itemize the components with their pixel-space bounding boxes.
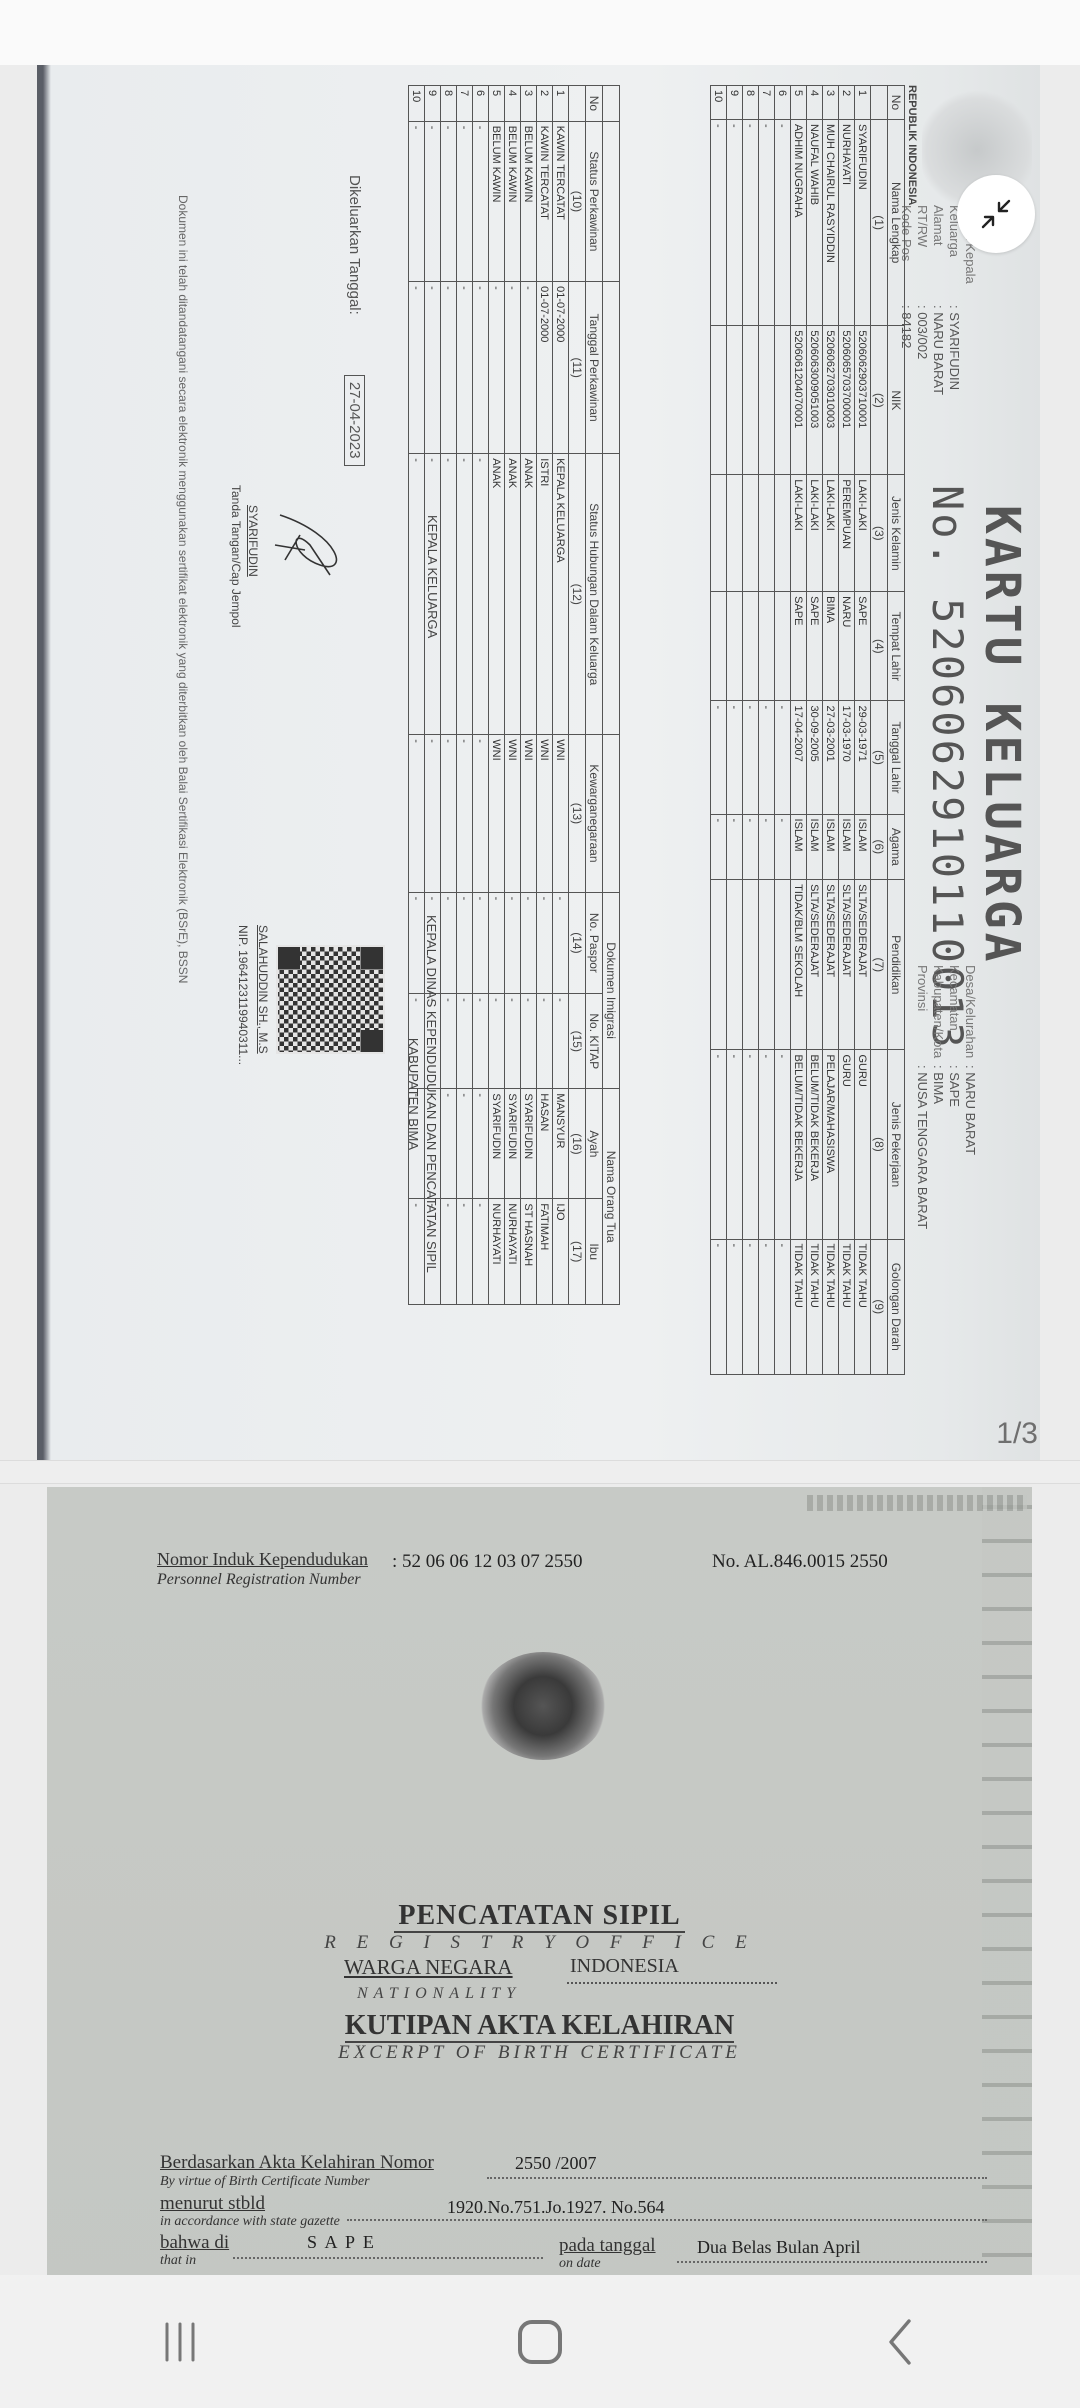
table-cell: GURU	[839, 1050, 855, 1239]
column-number	[569, 86, 586, 122]
column-number: (10)	[569, 121, 586, 281]
dotted-line	[487, 2177, 987, 2179]
column-header: No. Paspor	[586, 892, 603, 993]
table-cell: 4	[505, 86, 521, 122]
table-cell: -	[521, 892, 537, 993]
date-sublabel: on date	[559, 2256, 601, 2272]
table-cell: -	[457, 892, 473, 993]
column-number: (13)	[569, 735, 586, 892]
table-cell: TIDAK TAHU	[855, 1239, 871, 1375]
table-cell: SAPE	[791, 592, 807, 701]
table-cell: IJO	[553, 1199, 569, 1305]
navigation-bar	[0, 2275, 1080, 2408]
collapse-fullscreen-button[interactable]	[957, 175, 1035, 253]
cert-number-sublabel: By virtue of Birth Certificate Number	[160, 2174, 370, 2190]
column-header: No. KITAP	[586, 994, 603, 1089]
table-row: 8-----	[743, 86, 759, 1375]
table-cell: 27-03-2001	[823, 701, 839, 814]
table-cell: 17-03-1970	[839, 701, 855, 814]
table-cell: -	[743, 1239, 759, 1375]
table-cell: 8	[441, 86, 457, 122]
table-cell: ANAK	[505, 454, 521, 735]
column-header: Pendidikan	[888, 880, 905, 1050]
table-cell: 9	[727, 86, 743, 120]
table-row: 9-----	[727, 86, 743, 1375]
kk-head-name: SYARIFUDIN	[246, 505, 260, 577]
table-cell: LAKI-LAKI	[823, 475, 839, 592]
table-cell: NURHAYATI	[489, 1199, 505, 1305]
column-header: Golongan Darah	[888, 1239, 905, 1375]
table-cell: KAWIN TERCATAT	[537, 121, 553, 281]
table-cell: 2	[839, 86, 855, 120]
table-cell	[743, 592, 759, 701]
column-header: Jenis Kelamin	[888, 475, 905, 592]
table-row: 8--------	[441, 86, 457, 1305]
table-cell: -	[441, 735, 457, 892]
table-cell: LAKI-LAKI	[855, 475, 871, 592]
recents-button[interactable]	[120, 2302, 240, 2382]
table-cell: NURHAYATI	[839, 119, 855, 325]
recents-icon	[158, 2320, 202, 2364]
table-cell: -	[553, 892, 569, 993]
table-cell: ADHIM NUGRAHA	[791, 119, 807, 325]
table-cell: SLTA/SEDERAJAT	[807, 880, 823, 1050]
table-cell: 6	[775, 86, 791, 120]
kk-country-label: REPUBLIK INDONESIA	[906, 85, 918, 205]
table-cell: ISLAM	[855, 814, 871, 880]
table-cell: ISLAM	[839, 814, 855, 880]
document-subtitle: EXCERPT OF BIRTH CERTIFICATE	[47, 2042, 1032, 2064]
table-cell: -	[727, 119, 743, 325]
table-cell: SYARIFUDIN	[521, 1089, 537, 1199]
table-cell: -	[759, 119, 775, 325]
table-cell	[711, 326, 727, 475]
table-cell: LAKI-LAKI	[791, 475, 807, 592]
signature-icon	[270, 505, 350, 595]
table-cell: ANAK	[521, 454, 537, 735]
table-row: 4NAUFAL WAHIB5206063009051003LAKI-LAKISA…	[807, 86, 823, 1375]
cert-number-value: 2550 /2007	[515, 2153, 597, 2174]
kk-meta-right: Desa/Kelurahan: NARU BARAT Kecamatan: SA…	[914, 965, 978, 1229]
table-cell: NARU	[839, 592, 855, 701]
nationality-sublabel: NATIONALITY	[357, 1985, 521, 2003]
column-header: Ibu	[586, 1199, 603, 1305]
dotted-line	[567, 1982, 777, 1984]
table-cell: BIMA	[823, 592, 839, 701]
table-cell: SYARIFUDIN	[489, 1089, 505, 1199]
column-number: (1)	[871, 119, 888, 325]
table-cell: -	[457, 1199, 473, 1305]
table-cell	[775, 592, 791, 701]
table-row: 6-----	[775, 86, 791, 1375]
nationality-label: WARGA NEGARA	[344, 1955, 513, 1980]
table-cell: -	[489, 994, 505, 1089]
table-cell	[759, 880, 775, 1050]
table-cell: 29-03-1971	[855, 701, 871, 814]
table-cell: 10	[711, 86, 727, 120]
table-cell: TIDAK TAHU	[807, 1239, 823, 1375]
table-cell	[743, 326, 759, 475]
table-cell: 7	[759, 86, 775, 120]
column-group-spacer	[603, 454, 620, 735]
document-viewer[interactable]: REPUBLIK INDONESIA KARTU KELUARGA No. 52…	[0, 65, 1080, 2275]
column-header: Agama	[888, 814, 905, 880]
place-value: S A P E	[307, 2232, 376, 2253]
table-cell	[775, 475, 791, 592]
table-cell: -	[759, 1050, 775, 1239]
qr-code-icon	[276, 945, 385, 1054]
table-cell: 01-07-2000	[553, 282, 569, 454]
table-row: 2KAWIN TERCATAT01-07-2000ISTRIWNI--HASAN…	[537, 86, 553, 1305]
column-group-spacer	[603, 86, 620, 122]
column-header: Status Hubungan Dalam Keluarga	[586, 454, 603, 735]
table-cell: -	[473, 282, 489, 454]
status-bar-area	[0, 0, 1080, 65]
table-cell: 10	[409, 86, 425, 122]
table-cell: -	[457, 454, 473, 735]
table-cell: -	[505, 282, 521, 454]
date-value: Dua Belas Bulan April	[697, 2237, 860, 2258]
column-group-header: Nama Orang Tua	[603, 1089, 620, 1305]
table-cell: MUH CHAIRUL RASYIDDIN	[823, 119, 839, 325]
table-row: 3BELUM KAWIN-ANAKWNI--SYARIFUDINST HASNA…	[521, 86, 537, 1305]
table-cell: -	[473, 994, 489, 1089]
home-button[interactable]	[480, 2302, 600, 2382]
table-cell: -	[775, 701, 791, 814]
kk-issued-date: Dikeluarkan Tanggal:27-04-2023	[344, 175, 365, 466]
cert-number-label: Berdasarkan Akta Kelahiran Nomor	[160, 2152, 434, 2174]
column-number: (11)	[569, 282, 586, 454]
table-cell: 5	[489, 86, 505, 122]
table-cell: TIDAK TAHU	[791, 1239, 807, 1375]
column-header: Tanggal Lahir	[888, 701, 905, 814]
table-cell: -	[711, 1239, 727, 1375]
column-header: Status Perkawinan	[586, 121, 603, 281]
column-number: (5)	[871, 701, 888, 814]
table-cell: -	[425, 121, 441, 281]
column-header: No	[888, 86, 905, 120]
table-cell: KAWIN TERCATAT	[553, 121, 569, 281]
garuda-emblem-icon	[479, 1652, 607, 1760]
table-cell: -	[457, 994, 473, 1089]
kk-official-nip: NIP. 1964123119940311...	[236, 925, 250, 1065]
column-group-spacer	[603, 282, 620, 454]
table-cell: HASAN	[537, 1089, 553, 1199]
table-cell: BELUM KAWIN	[489, 121, 505, 281]
table-cell: GURU	[855, 1050, 871, 1239]
table-cell	[727, 592, 743, 701]
table-cell: 2	[537, 86, 553, 122]
table-cell: -	[473, 1089, 489, 1199]
column-number: (15)	[569, 994, 586, 1089]
table-cell: 01-07-2000	[537, 282, 553, 454]
back-button[interactable]	[840, 2302, 960, 2382]
table-cell: -	[473, 892, 489, 993]
table-cell: SAPE	[807, 592, 823, 701]
page-indicator: 1/3	[996, 1417, 1038, 1451]
column-number: (6)	[871, 814, 888, 880]
table-cell: -	[457, 282, 473, 454]
table-cell: 8	[743, 86, 759, 120]
page-separator	[0, 1460, 1080, 1484]
table-row: 2NURHAYATI5206065703700001PEREMPUANNARU1…	[839, 86, 855, 1375]
table-cell: -	[473, 454, 489, 735]
table-cell: -	[711, 814, 727, 880]
kk-official-name: SALAHUDDIN SH., M.S	[256, 925, 270, 1054]
table-cell: -	[409, 454, 425, 735]
table-cell: -	[441, 1199, 457, 1305]
table-cell: TIDAK/BLM SEKOLAH	[791, 880, 807, 1050]
column-number: (3)	[871, 475, 888, 592]
table-cell: 5	[791, 86, 807, 120]
column-header: NIK	[888, 326, 905, 475]
table-cell: NAUFAL WAHIB	[807, 119, 823, 325]
table-cell: -	[441, 892, 457, 993]
dotted-line	[347, 2219, 987, 2221]
table-cell: -	[441, 454, 457, 735]
table-cell: PELAJAR/MAHASISWA	[823, 1050, 839, 1239]
column-number: (8)	[871, 1050, 888, 1239]
table-cell: -	[489, 282, 505, 454]
table-cell: -	[537, 994, 553, 1089]
column-header: No	[586, 86, 603, 122]
table-cell: -	[775, 1050, 791, 1239]
table-cell: 9	[425, 86, 441, 122]
place-label: bahwa di	[160, 2232, 229, 2254]
column-group-spacer	[603, 735, 620, 892]
table-row: 7--------	[457, 86, 473, 1305]
table-cell: ISLAM	[791, 814, 807, 880]
back-icon	[885, 2318, 915, 2366]
column-header: Tempat Lahir	[888, 592, 905, 701]
column-number: (16)	[569, 1089, 586, 1199]
column-number	[871, 86, 888, 120]
table-row: 1KAWIN TERCATAT01-07-2000KEPALA KELUARGA…	[553, 86, 569, 1305]
table-cell: WNI	[521, 735, 537, 892]
table-cell	[711, 880, 727, 1050]
place-sublabel: that in	[160, 2253, 196, 2269]
table-cell: LAKI-LAKI	[807, 475, 823, 592]
table-cell: -	[473, 1199, 489, 1305]
table-cell: WNI	[489, 735, 505, 892]
kk-head-of-family-label: KEPALA KELUARGA	[425, 515, 440, 638]
column-number: (9)	[871, 1239, 888, 1375]
column-number: (2)	[871, 326, 888, 475]
table-cell: ISLAM	[807, 814, 823, 880]
table-cell: 1	[855, 86, 871, 120]
nik-value: : 52 06 06 12 03 07 2550	[392, 1551, 583, 1573]
table-cell: 5206061204070001	[791, 326, 807, 475]
table-cell: -	[743, 119, 759, 325]
table-cell: BELUM KAWIN	[505, 121, 521, 281]
table-cell: SYARIFUDIN	[855, 119, 871, 325]
table-row: 3MUH CHAIRUL RASYIDDIN5206062703010003LA…	[823, 86, 839, 1375]
table-cell: 5206063009051003	[807, 326, 823, 475]
column-header: Kewarganegaraan	[586, 735, 603, 892]
kartu-keluarga-document: REPUBLIK INDONESIA KARTU KELUARGA No. 52…	[37, 65, 1040, 1460]
table-cell	[759, 475, 775, 592]
table-cell: -	[441, 121, 457, 281]
column-group-spacer	[603, 121, 620, 281]
table-cell: -	[743, 1050, 759, 1239]
table-cell: -	[521, 282, 537, 454]
kk-members-table: NoNama LengkapNIKJenis KelaminTempat Lah…	[710, 85, 905, 1375]
table-cell	[775, 880, 791, 1050]
table-cell: -	[425, 735, 441, 892]
table-cell: -	[727, 1239, 743, 1375]
table-cell: -	[505, 892, 521, 993]
table-cell	[759, 326, 775, 475]
office-title: PENCATATAN SIPIL	[47, 1900, 1032, 1932]
table-cell	[727, 475, 743, 592]
table-cell: 3	[823, 86, 839, 120]
table-cell: PEREMPUAN	[839, 475, 855, 592]
column-header: Nama Lengkap	[888, 119, 905, 325]
table-row: 4BELUM KAWIN-ANAKWNI--SYARIFUDINNURHAYAT…	[505, 86, 521, 1305]
table-cell: ANAK	[489, 454, 505, 735]
kk-dinas-label: KEPALA DINAS KEPENDUDUKAN DAN PENCATATAN…	[404, 915, 440, 1273]
nik-label: Nomor Induk Kependudukan	[157, 1549, 368, 1570]
table-cell: -	[743, 814, 759, 880]
table-cell: -	[409, 282, 425, 454]
table-row: 1SYARIFUDIN5206062903710001LAKI-LAKISAPE…	[855, 86, 871, 1375]
table-cell: -	[775, 814, 791, 880]
table-cell: -	[457, 121, 473, 281]
table-cell: -	[711, 701, 727, 814]
kk-title: KARTU KELUARGA	[974, 505, 1030, 966]
table-cell: -	[505, 994, 521, 1089]
table-cell: 3	[521, 86, 537, 122]
table-cell: SYARIFUDIN	[505, 1089, 521, 1199]
table-row: 10-----	[711, 86, 727, 1375]
table-cell: -	[521, 994, 537, 1089]
column-number: (4)	[871, 592, 888, 701]
table-cell: -	[473, 735, 489, 892]
dotted-line	[677, 2261, 987, 2263]
table-cell: 30-09-2005	[807, 701, 823, 814]
table-cell: SLTA/SEDERAJAT	[855, 880, 871, 1050]
table-cell: -	[775, 1239, 791, 1375]
table-row: 5BELUM KAWIN-ANAKWNI--SYARIFUDINNURHAYAT…	[489, 86, 505, 1305]
table-cell: TIDAK TAHU	[839, 1239, 855, 1375]
table-cell: -	[441, 1089, 457, 1199]
table-cell: BELUM/TIDAK BEKERJA	[791, 1050, 807, 1239]
table-cell: WNI	[553, 735, 569, 892]
page-1-kartu-keluarga[interactable]: REPUBLIK INDONESIA KARTU KELUARGA No. 52…	[37, 65, 1040, 1460]
stbld-sublabel: in accordance with state gazette	[160, 2214, 340, 2230]
table-cell: WNI	[537, 735, 553, 892]
table-cell: 5206062903710001	[855, 326, 871, 475]
table-cell: -	[727, 701, 743, 814]
table-cell: -	[759, 701, 775, 814]
stbld-value: 1920.No.751.Jo.1927. No.564	[447, 2197, 665, 2218]
nationality-value: INDONESIA	[570, 1955, 679, 1978]
column-number: (14)	[569, 892, 586, 993]
table-cell: 6	[473, 86, 489, 122]
column-number: (17)	[569, 1199, 586, 1305]
table-cell: -	[711, 119, 727, 325]
column-header: Jenis Pekerjaan	[888, 1050, 905, 1239]
table-cell: -	[457, 1089, 473, 1199]
table-cell: -	[743, 701, 759, 814]
table-cell: SLTA/SEDERAJAT	[823, 880, 839, 1050]
dotted-line	[233, 2257, 543, 2259]
table-cell: -	[425, 282, 441, 454]
table-cell: -	[759, 1239, 775, 1375]
table-cell: -	[553, 994, 569, 1089]
table-row: 5ADHIM NUGRAHA5206061204070001LAKI-LAKIS…	[791, 86, 807, 1375]
table-cell	[759, 592, 775, 701]
column-group-header: Dokumen Imigrasi	[603, 892, 620, 1089]
birth-certificate-document: Nomor Induk Kependudukan Personnel Regis…	[47, 1487, 1032, 2275]
table-cell: -	[711, 1050, 727, 1239]
table-cell: -	[775, 119, 791, 325]
table-cell: 1	[553, 86, 569, 122]
nik-sublabel: Personnel Registration Number	[157, 1571, 361, 1589]
kk-footer-note: Dokumen ini telah ditandatangani secara …	[176, 195, 190, 983]
table-cell: -	[441, 994, 457, 1089]
table-cell: 7	[457, 86, 473, 122]
column-number: (12)	[569, 454, 586, 735]
table-cell: NURHAYATI	[505, 1199, 521, 1305]
table-cell: MANSYUR	[553, 1089, 569, 1199]
table-cell: -	[473, 121, 489, 281]
table-cell: -	[537, 892, 553, 993]
table-cell: ISTRI	[537, 454, 553, 735]
office-subtitle: R E G I S T R Y O F F I C E	[47, 1932, 1032, 1954]
kk-signature-caption: Tanda Tangan/Cap Jempol	[229, 485, 243, 628]
table-cell: SAPE	[855, 592, 871, 701]
table-row: 7-----	[759, 86, 775, 1375]
column-header: Tanggal Perkawinan	[586, 282, 603, 454]
date-label: pada tanggal	[559, 2235, 656, 2257]
column-header: Ayah	[586, 1089, 603, 1199]
table-cell	[775, 326, 791, 475]
table-cell: ISLAM	[823, 814, 839, 880]
table-cell: FATIMAH	[537, 1199, 553, 1305]
table-cell: -	[759, 814, 775, 880]
table-cell: BELUM/TIDAK BEKERJA	[807, 1050, 823, 1239]
table-cell	[743, 880, 759, 1050]
collapse-arrows-icon	[979, 197, 1013, 231]
table-cell: -	[409, 121, 425, 281]
table-cell	[743, 475, 759, 592]
table-cell	[727, 326, 743, 475]
table-cell: WNI	[505, 735, 521, 892]
al-number: No. AL.846.0015 2550	[712, 1551, 888, 1573]
home-icon	[516, 2318, 564, 2366]
document-title: KUTIPAN AKTA KELAHIRAN	[47, 2010, 1032, 2042]
stbld-label: menurut stbld	[160, 2193, 265, 2215]
table-cell: 5206065703700001	[839, 326, 855, 475]
table-cell: ST HASNAH	[521, 1199, 537, 1305]
table-cell: SLTA/SEDERAJAT	[839, 880, 855, 1050]
table-cell: -	[457, 735, 473, 892]
table-cell: 17-04-2007	[791, 701, 807, 814]
page-2-birth-certificate[interactable]: Nomor Induk Kependudukan Personnel Regis…	[47, 1487, 1032, 2275]
table-row: 6--------	[473, 86, 489, 1305]
table-cell	[727, 880, 743, 1050]
table-cell: 4	[807, 86, 823, 120]
table-cell	[711, 475, 727, 592]
table-cell: -	[727, 1050, 743, 1239]
table-cell	[711, 592, 727, 701]
table-cell: 5206062703010003	[823, 326, 839, 475]
table-cell: -	[727, 814, 743, 880]
table-cell: -	[489, 892, 505, 993]
table-cell: KEPALA KELUARGA	[553, 454, 569, 735]
table-cell: -	[409, 735, 425, 892]
